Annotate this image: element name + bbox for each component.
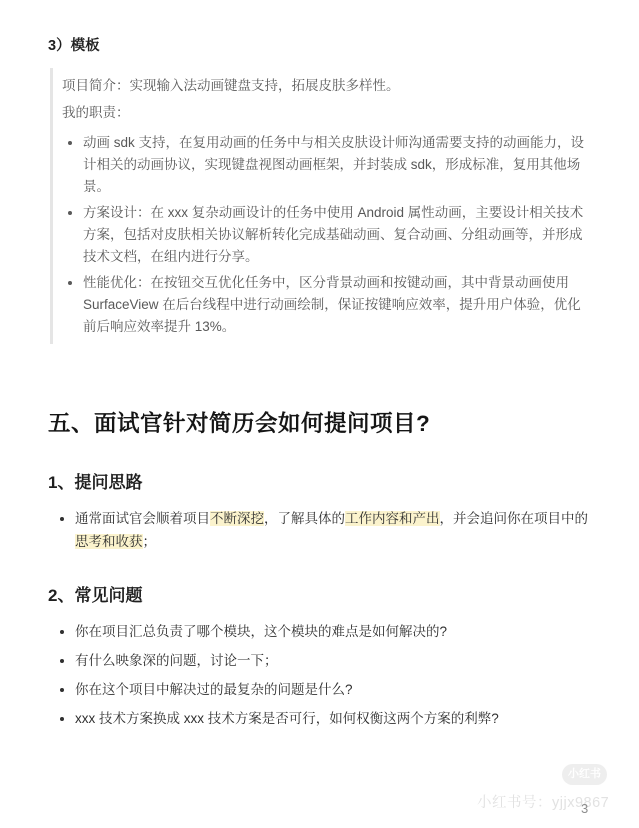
template-heading: 3）模板 xyxy=(48,34,591,55)
xiaohongshu-account-watermark: 小红书号：yjjx9867 xyxy=(477,791,609,812)
duty-list: 动画 sdk 支持，在复用动画的任务中与相关皮肤设计师沟通需要支持的动画能力，设… xyxy=(62,132,591,338)
list-item: 通常面试官会顺着项目不断深挖，了解具体的工作内容和产出，并会追问你在项目中的思考… xyxy=(75,507,591,553)
text-segment: 通常面试官会顺着项目 xyxy=(75,511,210,526)
page-number: 3 xyxy=(581,801,588,816)
highlighted-text: 工作内容和产出 xyxy=(345,511,440,526)
highlighted-text: 思考和收获 xyxy=(75,534,143,549)
list-item: xxx 技术方案换成 xxx 技术方案是否可行，如何权衡这两个方案的利弊? xyxy=(75,707,591,730)
section-heading: 五、面试官针对简历会如何提问项目? xyxy=(48,406,591,438)
common-questions-list: 你在项目汇总负责了哪个模块，这个模块的难点是如何解决的?有什么映象深的问题，讨论… xyxy=(48,620,591,730)
document-page: 3）模板 项目简介：实现输入法动画键盘支持，拓展皮肤多样性。 我的职责： 动画 … xyxy=(0,0,639,828)
list-item: 性能优化：在按钮交互优化任务中，区分背景动画和按键动画，其中背景动画使用 Sur… xyxy=(83,272,591,338)
subsection-heading-approach: 1、提问思路 xyxy=(48,468,591,493)
list-item: 你在项目汇总负责了哪个模块，这个模块的难点是如何解决的? xyxy=(75,620,591,643)
approach-list: 通常面试官会顺着项目不断深挖，了解具体的工作内容和产出，并会追问你在项目中的思考… xyxy=(48,507,591,553)
text-segment: ，了解具体的 xyxy=(264,511,345,526)
list-item: 有什么映象深的问题，讨论一下； xyxy=(75,649,591,672)
document-content: 3）模板 项目简介：实现输入法动画键盘支持，拓展皮肤多样性。 我的职责： 动画 … xyxy=(0,0,639,730)
subsection-heading-common-questions: 2、常见问题 xyxy=(48,581,591,606)
list-item: 你在这个项目中解决过的最复杂的问题是什么? xyxy=(75,678,591,701)
text-segment: ，并会追问你在项目中的 xyxy=(440,511,589,526)
xiaohongshu-badge: 小红书 xyxy=(562,764,607,785)
duty-label: 我的职责： xyxy=(62,102,591,124)
project-intro: 项目简介：实现输入法动画键盘支持，拓展皮肤多样性。 xyxy=(62,75,591,97)
project-template-quote: 项目简介：实现输入法动画键盘支持，拓展皮肤多样性。 我的职责： 动画 sdk 支… xyxy=(50,68,591,344)
highlighted-text: 不断深挖 xyxy=(210,511,264,526)
list-item: 方案设计：在 xxx 复杂动画设计的任务中使用 Android 属性动画，主要设… xyxy=(83,202,591,268)
text-segment: ； xyxy=(143,534,157,549)
list-item: 动画 sdk 支持，在复用动画的任务中与相关皮肤设计师沟通需要支持的动画能力，设… xyxy=(83,132,591,198)
